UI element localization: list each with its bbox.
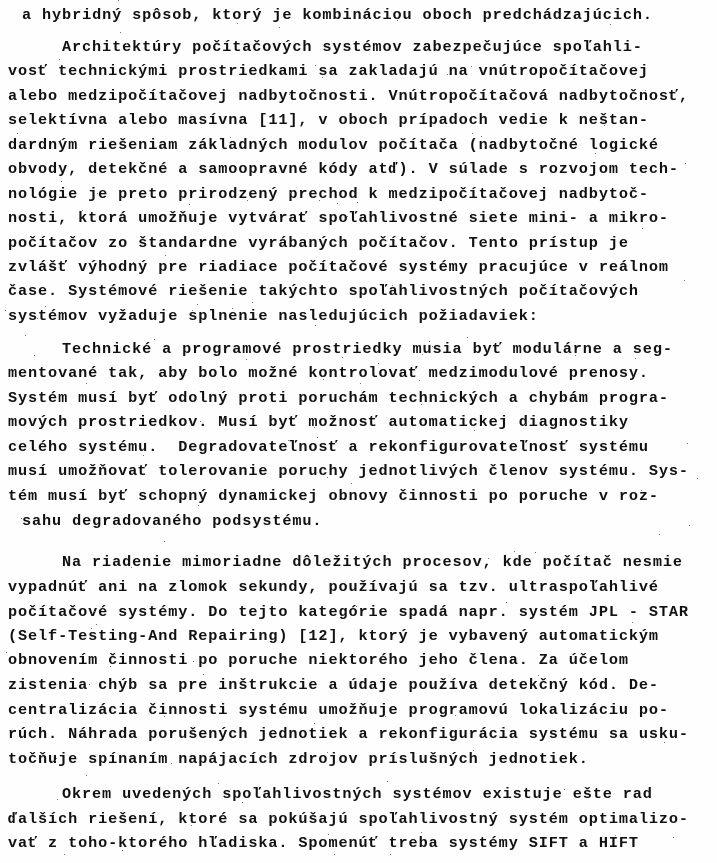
scan-speck (649, 585, 650, 586)
scan-speck (239, 289, 240, 290)
text-line: a hybridný spôsob, ktorý je kombináciou … (22, 6, 653, 24)
scan-speck (317, 437, 318, 438)
scan-speck (165, 255, 166, 256)
scan-speck (197, 304, 198, 305)
scan-speck (615, 835, 616, 836)
scan-speck (56, 758, 57, 759)
scan-speck (198, 505, 199, 506)
scan-speck (55, 760, 56, 761)
text-line: točňuje spínaním napájacích zdrojov prís… (8, 750, 589, 768)
scan-speck (96, 624, 97, 625)
scan-speck (21, 518, 22, 519)
scan-speck (356, 606, 357, 607)
scan-speck (6, 652, 7, 653)
scan-speck (354, 44, 355, 45)
scan-speck (419, 380, 420, 381)
scan-speck (322, 77, 323, 78)
text-line: Okrem uvedených spoľahlivostných systémo… (62, 785, 653, 803)
scan-speck (192, 310, 193, 311)
scan-speck (664, 742, 665, 743)
scan-speck (481, 242, 482, 243)
scan-speck (392, 285, 393, 286)
scan-speck (120, 32, 121, 33)
scan-speck (421, 832, 422, 833)
text-line: selektívna alebo masívna [11], v oboch p… (8, 111, 649, 129)
scan-speck (641, 490, 642, 491)
scan-speck (481, 136, 482, 137)
text-line: alebo medzipočítačovej nadbytočnosti. Vn… (8, 87, 689, 105)
text-line: vať z toho-ktorého hľadiska. Spomenúť tr… (8, 834, 639, 852)
scan-speck (164, 541, 165, 542)
text-line: počítačové systémy. Do tejto kategórie s… (8, 603, 689, 621)
scan-speck (342, 357, 343, 358)
scan-speck (384, 240, 385, 241)
scan-speck (687, 443, 688, 444)
scan-speck (274, 816, 275, 817)
scan-speck (659, 534, 660, 535)
scan-speck (632, 622, 633, 623)
scan-speck (401, 420, 402, 421)
text-line: (Self-Testing-And Repairing) [12], ktorý… (8, 627, 659, 645)
text-line: čase. Systémové riešenie takýchto spoľah… (8, 282, 639, 300)
text-line: obvody, detekčné a samoopravné kódy atď)… (8, 160, 679, 178)
scan-speck (327, 477, 328, 478)
scan-speck (485, 145, 486, 146)
scan-speck (447, 74, 448, 75)
scan-speck (360, 383, 361, 384)
scan-speck (473, 750, 474, 751)
text-line: vosť technickými prostriedkami sa zaklad… (8, 62, 649, 80)
scan-speck (290, 192, 291, 193)
scan-speck (525, 424, 526, 425)
text-line: zvlášť výhodný pre riadiace počítačové s… (8, 258, 669, 276)
scan-speck (323, 637, 324, 638)
scan-speck (237, 23, 238, 24)
text-line: Na riadenie mimoriadne dôležitých proces… (62, 553, 683, 571)
scan-speck (86, 383, 87, 384)
scan-speck (200, 421, 201, 422)
scan-speck (491, 636, 492, 637)
text-line: systémov vyžaduje splnenie nasledujúcich… (8, 307, 539, 325)
scan-speck (347, 216, 348, 217)
scan-speck (82, 210, 83, 211)
scan-speck (91, 628, 92, 629)
scan-speck (218, 783, 219, 784)
scan-speck (684, 280, 685, 281)
scan-speck (595, 153, 596, 154)
scan-speck (171, 763, 172, 764)
scan-speck (455, 715, 456, 716)
scan-speck (288, 440, 289, 441)
scan-speck (315, 325, 316, 326)
scan-speck (471, 66, 472, 67)
scan-speck (57, 799, 58, 800)
scan-speck (64, 854, 65, 855)
scan-speck (164, 716, 165, 717)
scan-speck (328, 834, 329, 835)
scan-speck (429, 341, 430, 342)
scan-speck (5, 310, 6, 311)
scan-speck (689, 525, 690, 526)
scan-speck (467, 337, 468, 338)
scan-speck (337, 203, 338, 204)
scan-speck (17, 133, 18, 134)
scan-speck (154, 339, 155, 340)
scan-speck (421, 404, 422, 405)
scan-speck (43, 639, 44, 640)
scan-speck (246, 359, 247, 360)
scan-speck (564, 789, 565, 790)
scan-speck (357, 202, 358, 203)
scan-speck (289, 94, 290, 95)
text-line: zistenia chýb sa pre inštrukcie a údaje … (8, 676, 659, 694)
scan-speck (635, 818, 636, 819)
scan-speck (166, 638, 167, 639)
scan-speck (86, 775, 87, 776)
scan-speck (191, 825, 192, 826)
text-line: musí umožňovať tolerovanie poruchy jedno… (8, 462, 689, 480)
scan-speck (45, 306, 46, 307)
scan-speck (230, 137, 231, 138)
scan-speck (610, 24, 611, 25)
text-line: centralizácia činnosti systému umožňuje … (8, 701, 669, 719)
text-line: Systém musí byť odolný proti poruchám te… (8, 389, 669, 407)
scan-speck (34, 355, 35, 356)
scan-speck (645, 90, 646, 91)
scan-speck (315, 65, 316, 66)
scan-speck (334, 854, 335, 855)
scan-speck (506, 602, 507, 603)
scan-speck (351, 483, 352, 484)
scan-speck (397, 20, 398, 21)
text-line: vypadnúť ani na zlomok sekundy, používaj… (8, 578, 659, 596)
scan-speck (378, 363, 379, 364)
scan-speck (604, 125, 605, 126)
scan-speck (143, 455, 144, 456)
scan-speck (474, 430, 475, 431)
scan-speck (432, 346, 433, 347)
text-line: mových prostriedkov. Musí byť možnosť au… (8, 413, 629, 431)
scan-speck (538, 675, 539, 676)
scan-speck (94, 611, 95, 612)
scan-speck (532, 113, 533, 114)
scan-speck (385, 716, 386, 717)
scan-speck (242, 802, 243, 803)
scan-speck (314, 427, 315, 428)
text-line: ďalších riešení, ktoré sa pokúšajú spoľa… (8, 810, 689, 828)
scan-speck (97, 193, 98, 194)
scan-speck (247, 200, 248, 201)
scan-speck (60, 140, 61, 141)
text-line: počítačov zo štandardne vyrábaných počít… (8, 234, 629, 252)
scan-speck (300, 474, 301, 475)
scan-speck (37, 318, 38, 319)
scan-speck (422, 354, 423, 355)
text-line: Architektúry počítačových systémov zabez… (62, 38, 643, 56)
scan-speck (566, 117, 567, 118)
text-line: obnovením činnosti po poruche niektorého… (8, 651, 629, 669)
scan-speck (58, 18, 59, 19)
scan-speck (203, 674, 204, 675)
scan-speck (314, 723, 315, 724)
scan-speck (122, 850, 123, 851)
scan-speck (514, 551, 515, 552)
scan-speck (472, 133, 473, 134)
text-line: rúch. Náhrada porušených jednotiek a rek… (8, 725, 689, 743)
scan-speck (544, 563, 545, 564)
scan-speck (189, 204, 190, 205)
scanned-document-page: a hybridný spôsob, ktorý je kombináciou … (0, 0, 717, 863)
scan-speck (25, 335, 26, 336)
scan-speck (697, 478, 698, 479)
text-line: tém musí byť schopný dynamickej obnovy č… (8, 487, 659, 505)
scan-speck (89, 684, 90, 685)
text-line: mentované tak, aby bolo možné kontrolova… (8, 364, 649, 382)
scan-speck (642, 228, 643, 229)
scan-speck (279, 27, 280, 28)
scan-speck (59, 59, 60, 60)
scan-speck (131, 567, 132, 568)
scan-speck (323, 379, 324, 380)
scan-speck (488, 558, 489, 559)
scan-speck (566, 610, 567, 611)
scan-speck (252, 302, 253, 303)
scan-speck (319, 200, 320, 201)
scan-speck (225, 18, 226, 19)
scan-speck (685, 163, 686, 164)
scan-speck (61, 181, 62, 182)
scan-speck (390, 854, 391, 855)
scan-speck (635, 358, 636, 359)
scan-speck (327, 752, 328, 753)
scan-speck (535, 552, 536, 553)
scan-speck (387, 781, 388, 782)
scan-speck (575, 355, 576, 356)
text-line: nológie je preto prirodzený prechod k me… (8, 185, 649, 203)
scan-speck (110, 666, 111, 667)
scan-speck (193, 661, 194, 662)
text-line: nosti, ktorá umožňuje vytvárať spoľahliv… (8, 209, 669, 227)
scan-speck (126, 43, 127, 44)
text-line: Technické a programové prostriedky musia… (62, 340, 673, 358)
text-line: sahu degradovaného podsystému. (22, 512, 322, 530)
scan-speck (118, 0, 119, 1)
text-line: dardným riešeniam základných modulov poč… (8, 136, 659, 154)
text-line: celého systému. Degradovateľnosť a rekon… (8, 438, 649, 456)
scan-speck (232, 308, 233, 309)
scan-speck (673, 837, 674, 838)
scan-speck (133, 262, 134, 263)
